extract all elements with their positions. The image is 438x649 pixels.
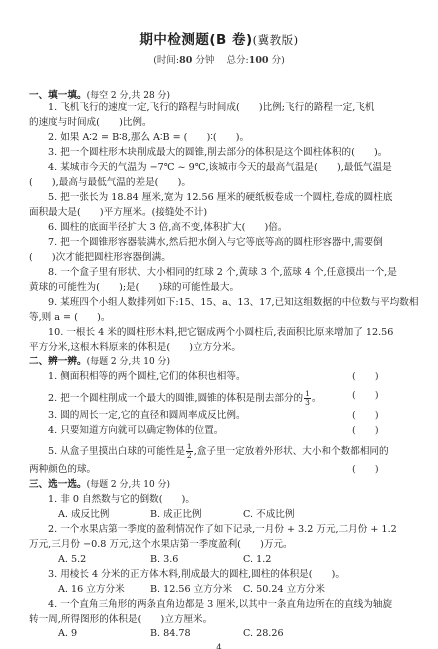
page-number: 4	[0, 643, 438, 649]
question-text-end: ,盒子里一定放着外形状、大小和个数都相同的	[194, 446, 389, 457]
exam-info: (时间:80 分钟 总分:100 分)	[0, 52, 438, 66]
question-1-9-line-2: 等,则 a = ( )。	[29, 312, 381, 324]
time-value: 80	[179, 55, 192, 66]
question-1-6: 6. 圆柱的底面半径扩大 3 倍,高不变,体积扩大( )倍。	[48, 222, 381, 234]
option-3-2-b[interactable]: B. 3.6	[150, 554, 178, 566]
question-text: 2. 把一个圆柱削成一个最大的圆锥,圆锥的体积是削去部分的	[48, 393, 303, 404]
score-value: 100	[249, 55, 269, 66]
question-1-8-line-1: 8. 一个盒子里有形状、大小相同的红球 2 个,黄球 3 个,蓝球 4 个,任意…	[48, 267, 381, 279]
section-title: 三、选一选。	[29, 479, 87, 490]
question-3-2-line-1: 2. 一个水果店第一季度的盈利情况作了如下记录,一月份 + 3.2 万元,二月份…	[48, 524, 381, 536]
question-1-3: 3. 把一个圆柱形木块削成最大的圆锥,削去部分的体积是这个圆柱体积的( )。	[48, 147, 381, 159]
question-1-7-line-2: ( )次才能把圆柱形容器倒满。	[29, 252, 381, 264]
answer-blank-2-2[interactable]: ( )	[352, 390, 382, 402]
edition-label: (冀教版)	[253, 33, 299, 47]
question-1-1-line-2: 的速度与时间成( )比例。	[29, 117, 381, 129]
score-unit: 分)	[272, 55, 285, 66]
time-label: (时间:	[153, 55, 179, 66]
question-1-8-line-2: 黄球的可能性为( );是( )球的可能性最大。	[29, 282, 381, 294]
question-3-4-line-1: 4. 一个直角三角形的两条直角边都是 3 厘米,以其中一条直角边所在的直线为轴旋	[48, 599, 381, 611]
section-heading-judge: 二、辨一辨。(每题 2 分,共 10 分)	[29, 356, 381, 368]
question-text: 5. 从盒子里摸出白球的可能性是	[48, 446, 185, 457]
section-note: (每题 2 分,共 10 分)	[87, 357, 171, 367]
option-3-4-b[interactable]: B. 84.78	[150, 628, 191, 640]
option-3-1-b[interactable]: B. 成正比例	[150, 509, 202, 521]
question-3-2-line-2: 万元,三月份 −0.8 万元,这个水果店第一季度盈利( )万元。	[29, 539, 381, 551]
question-1-7-line-1: 7. 把一个圆锥形容器装满水,然后把水倒入与它等底等高的圆柱形容器中,需要倒	[48, 237, 381, 249]
question-2-1: 1. 侧面积相等的两个圆柱,它们的体积也相等。	[48, 371, 381, 383]
section-title: 一、填一填。	[29, 90, 87, 101]
answer-blank-2-5[interactable]: ( )	[352, 464, 382, 476]
question-3-3: 3. 用棱长 4 分米的正方体木料,削成最大的圆柱,圆柱的体积是( )。	[48, 569, 381, 581]
option-3-2-a[interactable]: A. 5.2	[58, 554, 86, 566]
score-label: 总分:	[227, 55, 249, 66]
question-1-4-line-1: 4. 某城市今天的气温为 −7℃ ~ 9℃,该城市今天的最高气温是( ),最低气…	[48, 162, 381, 174]
fraction-one-half: 12	[186, 443, 193, 460]
option-3-1-a[interactable]: A. 成反比例	[58, 509, 109, 521]
section-note: (每空 2 分,共 28 分)	[87, 91, 171, 101]
option-3-3-c[interactable]: C. 50.24 立方分米	[243, 584, 325, 596]
exam-page: 期中检测题(B 卷)(冀教版) (时间:80 分钟 总分:100 分) 一、填一…	[0, 0, 438, 649]
exam-title: 期中检测题(B 卷)	[139, 32, 252, 48]
denominator: 3	[304, 399, 311, 407]
question-2-3: 3. 圆的周长一定,它的直径和圆周率成反比例。	[48, 410, 381, 422]
question-3-1: 1. 非 0 自然数与它的倒数( )。	[48, 494, 381, 506]
question-2-5: 5. 从盒子里摸出白球的可能性是12,盒子里一定放着外形状、大小和个数都相同的	[48, 443, 381, 460]
option-3-3-b[interactable]: B. 12.56 立方分米	[150, 584, 232, 596]
option-3-3-a[interactable]: A. 16 立方分米	[58, 584, 125, 596]
question-1-2: 2. 如果 A∶2 = B∶8,那么 A∶B = ( )∶( )。	[48, 132, 381, 144]
question-1-1-line-1: 1. 飞机飞行的速度一定,飞行的路程与时间成( )比例;飞行的路程一定,飞机	[48, 102, 381, 114]
question-1-4-line-2: ( ),最高与最低气温的差是( )。	[29, 177, 381, 189]
denominator: 2	[186, 452, 193, 460]
question-1-10-line-2: 平方分米,这根木料原来的体积是( )立方分米。	[29, 342, 381, 354]
section-heading-fill: 一、填一填。(每空 2 分,共 28 分)	[29, 90, 381, 102]
answer-blank-2-4[interactable]: ( )	[352, 425, 382, 437]
question-3-4-line-2: 转一周,所得图形的体积是( )立方厘米。	[29, 614, 381, 626]
question-1-10-line-1: 10. 一根长 4 米的圆柱形木料,把它锯成两个小圆柱后,表面积比原来增加了 1…	[48, 327, 381, 339]
question-2-5-line-2: 两种颜色的球。	[29, 464, 381, 476]
page-title: 期中检测题(B 卷)(冀教版)	[0, 28, 438, 48]
option-3-4-a[interactable]: A. 9	[58, 628, 77, 640]
time-unit: 分钟	[195, 55, 214, 66]
question-2-4: 4. 只要知道方向就可以确定物体的位置。	[48, 425, 381, 437]
section-note: (每题 2 分,共 10 分)	[87, 480, 171, 490]
section-title: 二、辨一辨。	[29, 356, 87, 367]
option-3-2-c[interactable]: C. 1.2	[243, 554, 271, 566]
question-text-end: 。	[312, 393, 322, 404]
fraction-one-third: 13	[304, 390, 311, 407]
question-2-2: 2. 把一个圆柱削成一个最大的圆锥,圆锥的体积是削去部分的13。	[48, 390, 381, 407]
answer-blank-2-1[interactable]: ( )	[352, 371, 382, 383]
option-3-1-c[interactable]: C. 不成比例	[243, 509, 294, 521]
question-1-9-line-1: 9. 某班四个小组人数排列如下:15、15、a、13、17,已知这组数据的中位数…	[48, 297, 381, 309]
option-3-4-c[interactable]: C. 28.26	[243, 628, 284, 640]
question-1-5-line-2: 面积最大是( )平方厘米。(接缝处不计)	[29, 207, 381, 219]
section-heading-choose: 三、选一选。(每题 2 分,共 10 分)	[29, 479, 381, 491]
answer-blank-2-3[interactable]: ( )	[352, 410, 382, 422]
question-1-5-line-1: 5. 把一张长为 18.84 厘米,宽为 12.56 厘米的硬纸板卷成一个圆柱,…	[48, 192, 381, 204]
